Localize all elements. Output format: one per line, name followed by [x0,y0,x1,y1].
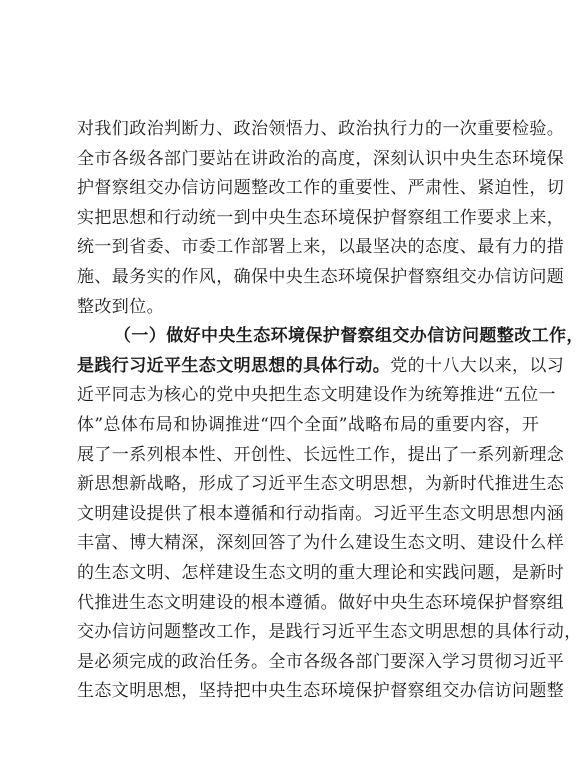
text-line: 施、最务实的作风，确保中央生态环境保护督察组交办信访问题 [77,263,509,293]
text-line: 是践行习近平生态文明思想的具体行动。党的十八大以来，以习 [77,352,509,382]
text-line: 全市各级各部门要站在讲政治的高度，深刻认识中央生态环境保 [77,145,509,175]
text-line: 丰富、博大精深，深刻回答了为什么建设生态文明、建设什么样 [77,529,509,559]
text-line: 对我们政治判断力、政治领悟力、政治执行力的一次重要检验。 [77,115,509,145]
text-line: 交办信访问题整改工作，是践行习近平生态文明思想的具体行动， [77,618,509,648]
text-line: 护督察组交办信访问题整改工作的重要性、严肃性、紧迫性，切 [77,174,509,204]
document-body: 对我们政治判断力、政治领悟力、政治执行力的一次重要检验。 全市各级各部门要站在讲… [77,115,509,707]
section-heading-continuation: 是践行习近平生态文明思想的具体行动。 [77,356,390,376]
text-line: 展了一系列根本性、开创性、长远性工作，提出了一系列新理念 [77,441,509,471]
text-line: 近平同志为核心的党中央把生态文明建设作为统筹推进“五位一 [77,381,509,411]
text-line: 文明建设提供了根本遵循和行动指南。习近平生态文明思想内涵 [77,500,509,530]
text-line: 的生态文明、怎样建设生态文明的重大理论和实践问题，是新时 [77,559,509,589]
text-line: 新思想新战略，形成了习近平生态文明思想，为新时代推进生态 [77,470,509,500]
text-line: 生态文明思想，坚持把中央生态环境保护督察组交办信访问题整 [77,677,509,707]
text-line: 是必须完成的政治任务。全市各级各部门要深入学习贯彻习近平 [77,648,509,678]
text-line: 体”总体布局和协调推进“四个全面”战略布局的重要内容，开 [77,411,509,441]
paragraph-1: 对我们政治判断力、政治领悟力、政治执行力的一次重要检验。 全市各级各部门要站在讲… [77,115,509,322]
text-line: 代推进生态文明建设的根本遵循。做好中央生态环境保护督察组 [77,589,509,619]
text-run: 党的十八大以来，以习 [390,356,564,376]
document-page: 对我们政治判断力、政治领悟力、政治执行力的一次重要检验。 全市各级各部门要站在讲… [0,0,586,759]
section-heading: （一）做好中央生态环境保护督察组交办信访问题整改工作， [77,322,509,352]
text-line: 统一到省委、市委工作部署上来，以最坚决的态度、最有力的措 [77,233,509,263]
paragraph-2: （一）做好中央生态环境保护督察组交办信访问题整改工作， 是践行习近平生态文明思想… [77,322,509,707]
text-line: 整改到位。 [77,293,509,323]
text-line: 实把思想和行动统一到中央生态环境保护督察组工作要求上来， [77,204,509,234]
